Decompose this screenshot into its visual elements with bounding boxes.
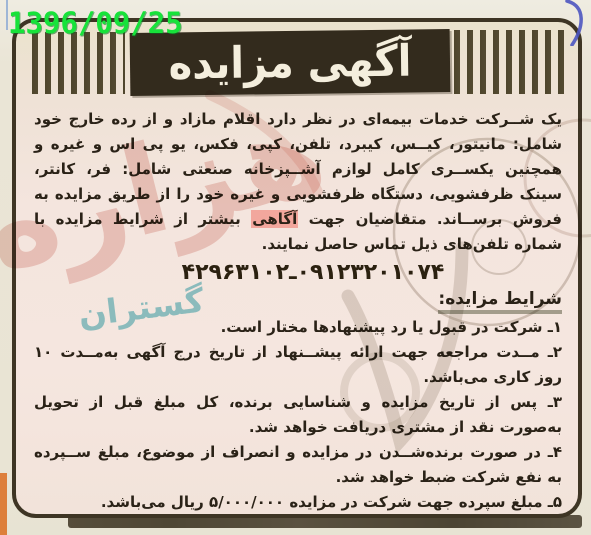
condition-item-2: ۲ـ مــدت مراجعه جهت ارائه پیشــنهاد از ت… [34, 340, 562, 390]
auction-ad-card-inner: آگهی مزایده یک شــرکت خدمات بیمه‌ای در ن… [16, 22, 578, 514]
barcode-stripes-right [454, 30, 566, 94]
ad-title: آگهی مزایده [168, 39, 411, 85]
ad-body: یک شــرکت خدمات بیمه‌ای در نظر دارد اقلا… [16, 101, 578, 514]
conditions-heading: شرایط مزایده: [34, 287, 562, 312]
scanned-newspaper-ad-page: آگهی مزایده یک شــرکت خدمات بیمه‌ای در ن… [0, 0, 591, 535]
intro-paragraph: یک شــرکت خدمات بیمه‌ای در نظر دارد اقلا… [34, 107, 562, 257]
date-stamp: 1396/09/25 [8, 6, 183, 40]
neighbor-ad-orange-strip [0, 473, 7, 535]
auction-ad-card: آگهی مزایده یک شــرکت خدمات بیمه‌ای در ن… [12, 18, 582, 518]
pen-mark-icon [559, 0, 589, 46]
barcode-stripes-left [32, 32, 125, 94]
phone-numbers: ۴۲۹۶۳۱۰۲ـ۰۹۱۲۳۲۰۱۰۷۴ [182, 260, 445, 285]
conditions-heading-text: شرایط مزایده: [438, 289, 562, 314]
highlighted-word: آگاهی [251, 210, 298, 228]
condition-item-4: ۴ـ در صورت برنده‌شــدن در مزایده و انصرا… [34, 440, 562, 490]
condition-item-3: ۳ـ پس از تاریخ مزایده و شناسایی برنده، ک… [34, 390, 562, 440]
condition-item-1: ۱ـ شرکت در قبول یا رد پیشنهادها مختار اس… [34, 315, 562, 340]
condition-item-5: ۵ـ مبلغ سپرده جهت شرکت در مزایده ۵/۰۰۰/۰… [34, 490, 562, 514]
phone-numbers-line: ۴۲۹۶۳۱۰۲ـ۰۹۱۲۳۲۰۱۰۷۴ [94, 260, 532, 285]
